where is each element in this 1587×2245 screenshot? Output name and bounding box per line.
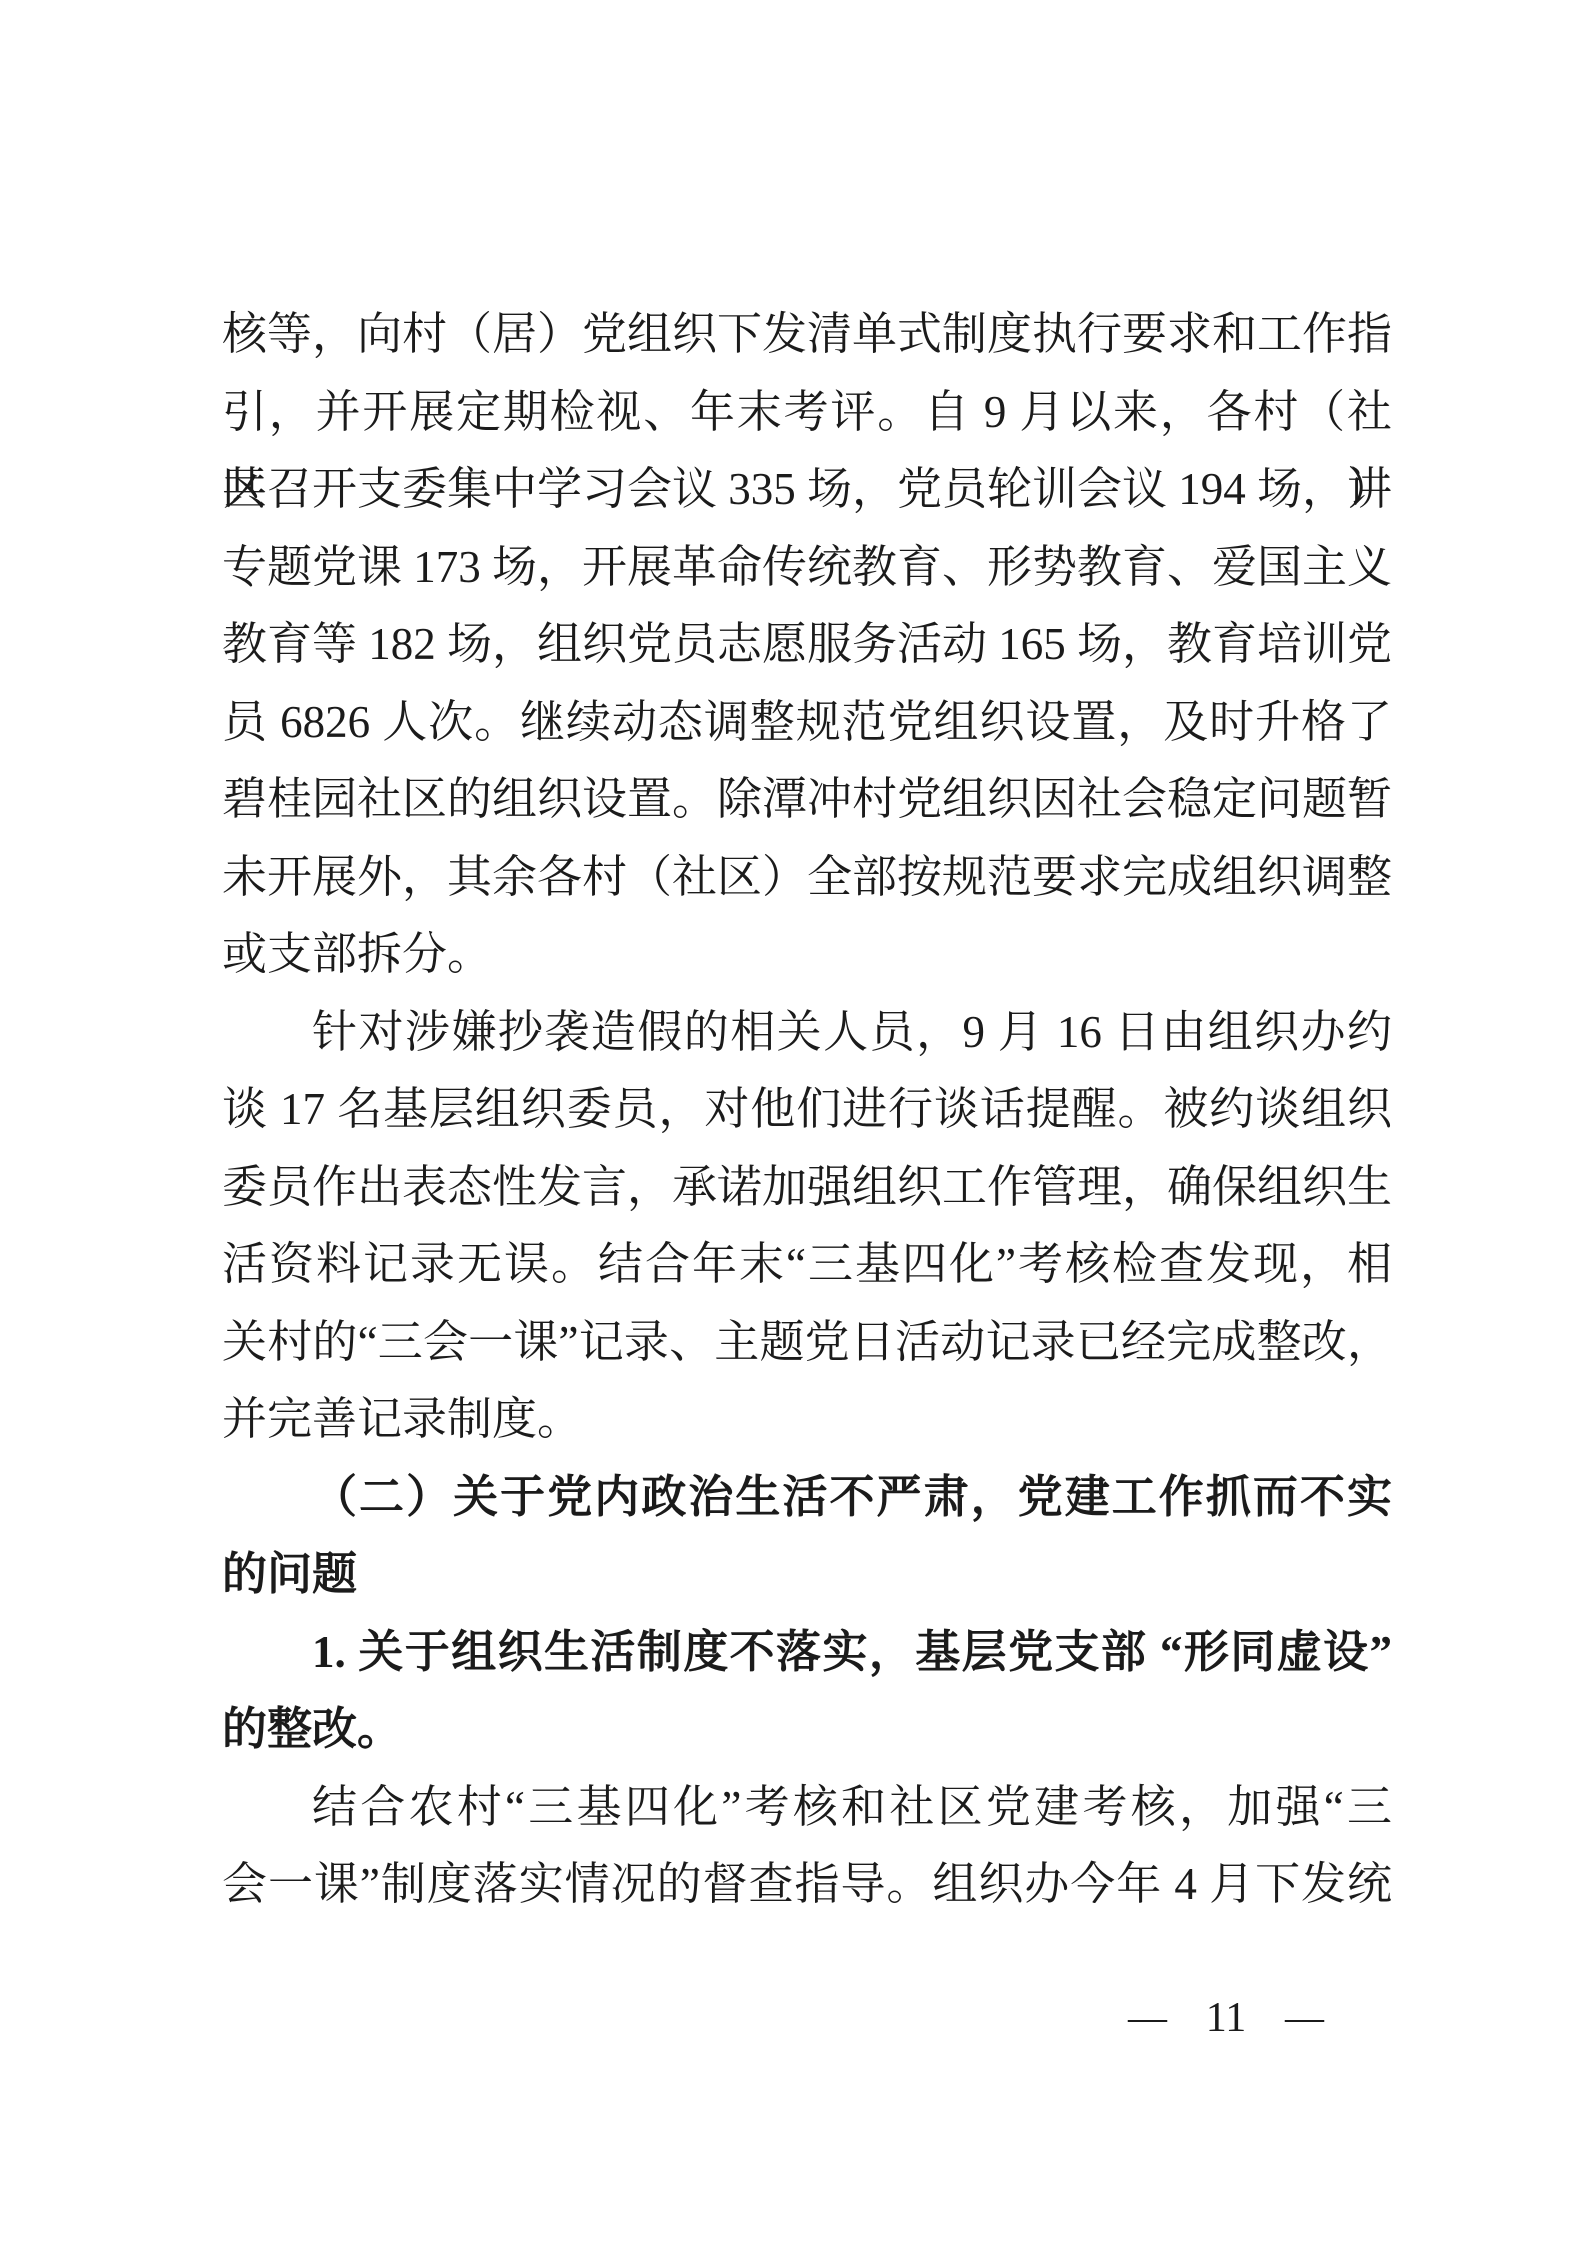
footer-dash-left: — <box>1128 1984 1167 2052</box>
sub-heading: 的整改。 <box>222 1691 1392 1769</box>
text-line: 活资料记录无误。结合年末“三基四化”考核检查发现，相 <box>222 1226 1392 1304</box>
text-line: 教育等 182 场，组织党员志愿服务活动 165 场，教育培训党 <box>222 606 1392 684</box>
footer-dash-right: — <box>1285 1984 1324 2052</box>
text-line: 关村的“三会一课”记录、主题党日活动记录已经完成整改， <box>222 1304 1392 1382</box>
text-line: 委员作出表态性发言，承诺加强组织工作管理，确保组织生 <box>222 1149 1392 1227</box>
text-line: 会一课”制度落实情况的督查指导。组织办今年 4 月下发统 <box>222 1846 1392 1924</box>
text-line: 或支部拆分。 <box>222 916 1392 994</box>
document-body: 核等，向村（居）党组织下发清单式制度执行要求和工作指 引，并开展定期检视、年末考… <box>222 296 1392 1924</box>
text-line: 针对涉嫌抄袭造假的相关人员，9 月 16 日由组织办约 <box>222 994 1392 1072</box>
text-line: 引，并开展定期检视、年末考评。自 9 月以来，各村（社区） <box>222 374 1392 452</box>
text-line: 谈 17 名基层组织委员，对他们进行谈话提醒。被约谈组织 <box>222 1071 1392 1149</box>
document-page: 核等，向村（居）党组织下发清单式制度执行要求和工作指 引，并开展定期检视、年末考… <box>0 0 1587 2245</box>
text-line: 专题党课 173 场，开展革命传统教育、形势教育、爱国主义 <box>222 529 1392 607</box>
text-line: 并完善记录制度。 <box>222 1381 1392 1459</box>
page-footer: — 11 — <box>1128 1984 1324 2052</box>
page-number: 11 <box>1206 1984 1246 2052</box>
text-line: 碧桂园社区的组织设置。除潭冲村党组织因社会稳定问题暂 <box>222 761 1392 839</box>
section-heading: （二）关于党内政治生活不严肃，党建工作抓而不实 <box>222 1459 1392 1537</box>
text-line: 结合农村“三基四化”考核和社区党建考核，加强“三 <box>222 1769 1392 1847</box>
text-line: 员 6826 人次。继续动态调整规范党组织设置，及时升格了 <box>222 684 1392 762</box>
section-heading: 的问题 <box>222 1536 1392 1614</box>
text-line: 未开展外，其余各村（社区）全部按规范要求完成组织调整 <box>222 839 1392 917</box>
text-line: 共召开支委集中学习会议 335 场，党员轮训会议 194 场，讲 <box>222 451 1392 529</box>
text-line: 核等，向村（居）党组织下发清单式制度执行要求和工作指 <box>222 296 1392 374</box>
sub-heading: 1. 关于组织生活制度不落实，基层党支部 “形同虚设” <box>222 1614 1392 1692</box>
